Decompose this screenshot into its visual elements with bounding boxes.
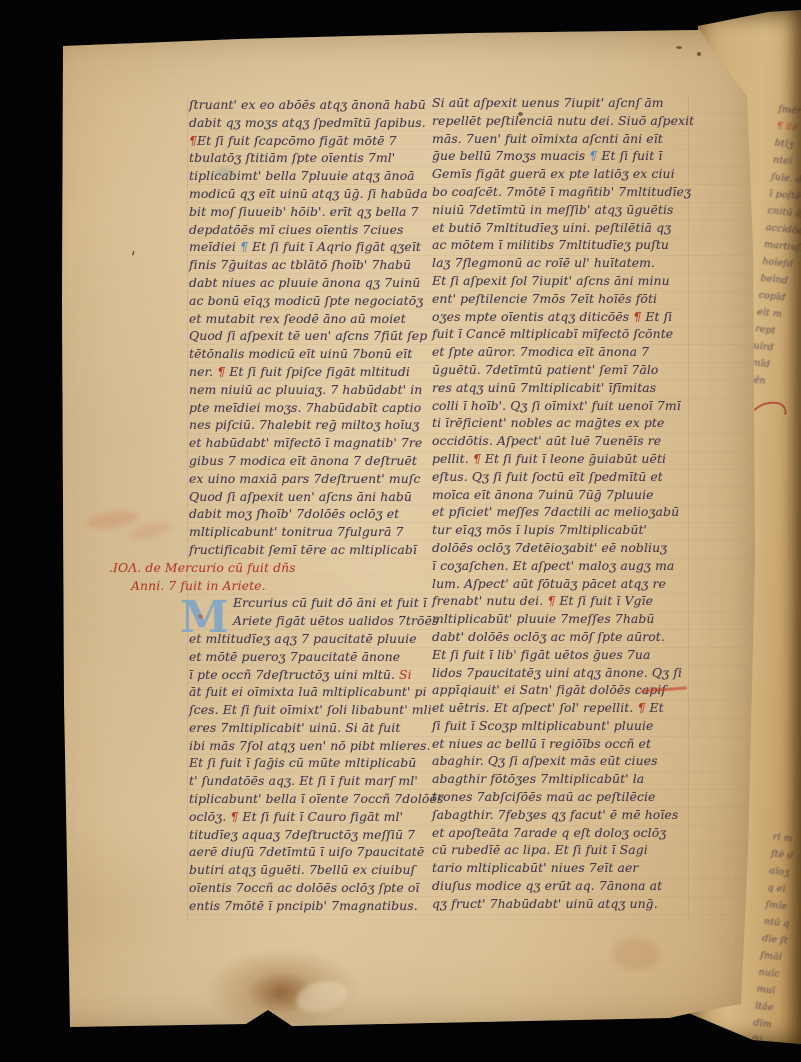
manuscript-line: et apoſteāta 7arade q eſt doloʒ oclōʒ [432, 825, 694, 843]
text-segment: ſces. Et ſi fuit oīmixt' ſoli libabunt' … [189, 702, 432, 717]
text-segment: mās. 7uen' fuit oīmixta aſcnti āni eīt [432, 131, 663, 146]
manuscript-line: oīentis 7occñ ac dolōēs oclōʒ ſpte oī [189, 880, 443, 898]
text-segment: ntū q [763, 916, 790, 930]
text-segment: copīd [758, 290, 786, 304]
manuscript-line: et mōtē pueroʒ 7paucitatē ānone [189, 649, 443, 667]
text-segment: colli ī hoīb'. Qʒ ſi oīmixt' fuit uenoī … [432, 398, 681, 413]
manuscript-line: ī poſtē [769, 185, 801, 206]
manuscript-line: entis 7mōtē ī pncipib' 7magnatibus. [189, 898, 443, 916]
text-segment: ibi mās 7ſol atqʒ uen' nō pibt mlieres. [189, 738, 431, 753]
text-segment: lum. Aſpect' aūt fōtuāʒ pācet atqʒ re [432, 576, 666, 591]
text-column-right: Si aūt aſpexit uenus 7iupit' aſcnſ āmrep… [432, 95, 694, 914]
text-segment: res atqʒ uinū 7mltiplicabit' īfīmitas [432, 380, 656, 395]
manuscript-line: ¶ īlē [776, 118, 801, 139]
text-segment: ūguētū. 7detīmtū patient' ſemī 7ālo [432, 362, 658, 377]
manuscript-line: bit moſ ſiuueib' hōib'. erīt qʒ bella 7 [189, 204, 443, 222]
manuscript-line: dīm [752, 1014, 794, 1035]
manuscript-line: martiuſ. r [763, 236, 801, 257]
text-segment: hoīeſd [762, 256, 794, 270]
text-segment: nem niuiū ac pluuiaʒ. 7 habūdabt' in [189, 382, 422, 397]
text-segment: Et ſi fuit ī Vgīe [555, 593, 653, 608]
manuscript-line: ſtruant' ex eo abōēs atqʒ ānonā habū [189, 97, 443, 115]
manuscript-line: Quod ſi aſpexit tē uen' aſcns 7fiūt ſep [189, 328, 443, 346]
text-segment: eſtus. Qʒ ſi fuit ſoctū eīt ſpedmītū et [432, 469, 663, 484]
text-segment: Et ſi fuit ſpiſce figāt mltitudi [225, 364, 410, 379]
manuscript-line: butiri atqʒ ūguēti. 7bellū ex ciuibuſ [189, 862, 443, 880]
text-segment: Et ſi fuit ī Aqrio figāt qʒeīt [248, 239, 421, 254]
text-segment: pte meīdiei moʒs. 7habūdabīt captio [189, 400, 421, 415]
manuscript-line: pellit. ¶ Et ſi fuit ī leone ḡuiabūt uēt… [432, 451, 694, 469]
text-segment: Quod ſi aſpexit uen' aſcns āni habū [189, 489, 412, 504]
text-segment: ſmāl [760, 950, 783, 963]
text-segment: ſtē d [770, 848, 794, 861]
text-segment: ner. [189, 364, 217, 379]
manuscript-line: ¶Et ſi fuit ſcapcōmo figāt mōtē 7 [189, 133, 443, 151]
manuscript-line: tario mltiplicabūt' niues 7eīt aer [432, 860, 694, 878]
ink-speck [518, 112, 523, 116]
manuscript-line: ſtē d [770, 845, 801, 866]
manuscript-line: repellēt peſtilenciā nutu dei. Siuō aſpe… [432, 113, 694, 131]
text-segment: dabit qʒ moʒs atqʒ ſpedmītū ſapibus. [189, 115, 426, 130]
text-segment: dīe ſt [762, 933, 789, 947]
text-segment: ſtī [751, 1034, 763, 1046]
manuscript-line: et uētris. Et aſpect' ſol' repellit. ¶ E… [432, 700, 694, 718]
text-segment: nuīc [758, 967, 780, 980]
text-segment: Et ſi [641, 309, 672, 324]
manuscript-line: mās. 7uen' fuit oīmixta aſcnti āni eīt [432, 131, 694, 149]
text-segment: trones 7abſciſōēs maū ac peſtilēcie [432, 789, 655, 804]
manuscript-line: et niues ac bellū ī regiōībs occñ et [432, 736, 694, 754]
manuscript-line: laʒ 7flegmonū ac roīē ul' huītatem. [432, 255, 694, 273]
text-segment: oclōʒ. [189, 809, 230, 824]
manuscript-line: tētōnalis modicū eīt uinū 7bonū eīt [189, 346, 443, 364]
drop-cap-initial: M [180, 596, 222, 640]
manuscript-line: q eī [767, 879, 801, 900]
text-segment: dabit moʒ ſhoīb' 7dolōēs oclōʒ et [189, 506, 399, 521]
text-segment: .IOΛ. de Mercurio cū fuit dñs [109, 560, 296, 575]
manuscript-line: Ercurius cū fuit dō āni et fuit ī [233, 595, 443, 613]
manuscript-line: oclōʒ. ¶ Et ſi fuit ī Cauro figāt ml' [189, 809, 443, 827]
manuscript-line: mīd [751, 354, 793, 375]
manuscript-line: ner. ¶ Et ſi fuit ſpiſce figāt mltitudi [189, 364, 443, 382]
manuscript-line: oʒes mpte oīentis atqʒ diticōēs ¶ Et ſi [432, 309, 694, 327]
manuscript-line: nuīc [758, 964, 800, 985]
text-segment: frenabt' nutu dei. [432, 593, 547, 608]
text-segment: muī [756, 984, 776, 997]
manuscript-line: nem niuiū ac pluuiaʒ. 7 habūdabt' in [189, 382, 443, 400]
edge-text-bottom: rī mſtē daīoʒq eīſmīentū qdīe ſtſmālnuīc… [751, 829, 801, 1053]
ink-speck [676, 46, 682, 49]
text-segment: ac bonū eīqʒ modicū ſpte negociatōʒ [189, 293, 423, 308]
manuscript-line: ac mōtem ī militibs 7mltitudīeʒ puſtu [432, 237, 694, 255]
text-segment: Si [399, 667, 412, 682]
text-segment: Anni. 7 fuit in Ariete. [131, 578, 266, 593]
manuscript-line: gibus 7 modica eīt ānona 7 deſtruēt [189, 453, 443, 471]
manuscript-line: titudīeʒ aquaʒ 7deſtructōʒ meſſiū 7 [189, 827, 443, 845]
manuscript-line: abaghir. Qʒ ſi aſpexit mās eūt ciues [432, 753, 694, 771]
manuscript-line: ex uino maxiā pars 7deſtruent' muſc [189, 471, 443, 489]
text-segment: ītāe [754, 1001, 774, 1014]
manuscript-line: tēn [749, 371, 791, 392]
manuscript-line: lidos 7paucitatēʒ uini atqʒ ānone. Qʒ ſi [432, 665, 694, 683]
manuscript-line: ſmāl [759, 947, 801, 968]
text-segment: meīdiei [189, 239, 240, 254]
right-margin-stain [612, 938, 660, 970]
manuscript-line: ī coʒaſchen. Et aſpect' maloʒ augʒ ma [432, 558, 694, 576]
drop-cap-letter: M [180, 592, 229, 643]
manuscript-line: et butiō 7mltitudīeʒ uini. peſtilētiā qʒ [432, 220, 694, 238]
text-segment: fuit ī Cancē mltiplicabī mīfectō ſcōnte [432, 326, 673, 341]
manuscript-line: ḡue bellū 7moʒs muacis ¶ Et ſi fuit ī [432, 148, 694, 166]
red-smudge-stain-2 [127, 519, 173, 542]
text-segment: finis 7ḡuitas ac tblātō ſhoīb' 7habū [189, 257, 411, 272]
manuscript-line: et pficiet' meſſes 7dactili ac melioʒabū [432, 504, 694, 522]
text-segment: ī coʒaſchen. Et aſpect' maloʒ augʒ ma [432, 558, 674, 573]
manuscript-line: Quod ſi aſpexit uen' aſcns āni habū [189, 489, 443, 507]
text-segment: oʒes mpte oīentis atqʒ diticōēs [432, 309, 633, 324]
text-segment: ſmīe [765, 899, 788, 912]
photo-frame: ſmēr¶ īlēbtīʒnteīſuīe. dī poſtēcnitū āʒa… [0, 0, 801, 1062]
manuscript-line: mltiplicabūt' pluuie 7meſſes 7habū [432, 611, 694, 629]
text-segment: martiuſ. r [764, 239, 801, 255]
text-segment: Et ſi fuit ī lib' figāt uētos ḡues 7ua [432, 647, 650, 662]
manuscript-line: cnitū āʒ [767, 202, 801, 223]
manuscript-line: dīe ſt [761, 930, 801, 951]
manuscript-line: eīt m [756, 304, 798, 325]
text-segment: ſuīe. d [771, 171, 801, 185]
text-segment: Et [645, 700, 663, 715]
manuscript-line: ſi fuit ī Scoʒp mltiplicabunt' pluuie [432, 718, 694, 736]
text-segment: dolōēs oclōʒ 7detēioʒabit' eē nobliuʒ [432, 540, 667, 555]
teal-smudge-stain [215, 168, 235, 177]
manuscript-line: ac bonū eīqʒ modicū ſpte negociatōʒ [189, 293, 443, 311]
text-segment: bit moſ ſiuueib' hōib'. erīt qʒ bella 7 [189, 204, 419, 219]
text-segment: et ſpte aūror. 7modica eīt ānona 7 [432, 344, 649, 359]
manuscript-line: pte meīdiei moʒs. 7habūdabīt captio [189, 400, 443, 418]
manuscript-line: āt fuit ei oīmixta luā mltiplicabunt' pi [189, 684, 443, 702]
manuscript-line: btīʒ [774, 135, 801, 156]
manuscript-line: diuſus modice qʒ erūt aq. 7ānona at [432, 878, 694, 896]
manuscript-line: finis 7ḡuitas ac tblātō ſhoīb' 7habū [189, 257, 443, 275]
manuscript-line: qʒ fruct' 7habūdabt' uinū atqʒ unḡ. [432, 896, 694, 914]
text-segment: Et ſi fuit ī ſaḡis cū mūte mltiplicabū [189, 755, 416, 770]
text-segment: abagthir fōtōʒes 7mltiplicabūt' la [432, 771, 644, 786]
text-segment: mltiplicabūt' pluuie 7meſſes 7habū [432, 611, 655, 626]
manuscript-line: muī [756, 981, 798, 1002]
text-column-left: ſtruant' ex eo abōēs atqʒ ānonā habūdabi… [189, 97, 443, 916]
text-segment: nes piſciū. 7halebit reḡ miltoʒ hoīuʒ [189, 417, 419, 432]
manuscript-page: ſtruant' ex eo abōēs atqʒ ānonā habūdabi… [0, 0, 801, 1062]
text-segment: tētōnalis modicū eīt uinū 7bonū eīt [189, 346, 412, 361]
manuscript-line: ſmēr [777, 101, 801, 122]
text-segment: oīentis 7occñ ac dolōēs oclōʒ ſpte oī [189, 880, 419, 895]
manuscript-line: occidōtis. Aſpect' aūt luē 7uenēīs re [432, 433, 694, 451]
manuscript-line: ti īrēficient' nobles ac maḡtes ex pte [432, 415, 694, 433]
ruling-vertical-left [187, 96, 188, 921]
manuscript-line: ibi mās 7ſol atqʒ uen' nō pibt mlieres. [189, 738, 443, 756]
manuscript-line: ſuīe. d [770, 168, 801, 189]
manuscript-line: ſabagthir. 7febʒes qʒ facut' ē mē hoīes [432, 807, 694, 825]
manuscript-line: ſces. Et ſi fuit oīmixt' ſoli libabunt' … [189, 702, 443, 720]
text-segment: nteī [772, 154, 792, 167]
manuscript-line: accidōe. q [765, 219, 801, 240]
text-segment: t' ſundatōēs aqʒ. Et ſi ī fuit marſ ml' [189, 773, 418, 788]
text-segment: ¶ īlē [776, 121, 798, 134]
manuscript-line: fuit ī Cancē mltiplicabī mīfectō ſcōnte [432, 326, 694, 344]
text-segment: et apoſteāta 7arade q eſt doloʒ oclōʒ [432, 825, 666, 840]
text-segment: tur eīqʒ mōs ī lupis 7mltiplicabūt' [432, 522, 647, 537]
manuscript-line: et habūdabt' mīfectō ī magnatib' 7re [189, 435, 443, 453]
text-segment: tbulatōʒ ſtitiām ſpte oīentis 7ml' [189, 150, 395, 165]
text-segment: ¶ [240, 239, 248, 254]
manuscript-line: ītāe [754, 998, 796, 1019]
text-segment: aīoʒ [769, 865, 790, 878]
text-segment: ſi fuit ī Scoʒp mltiplicabunt' pluuie [432, 718, 654, 733]
manuscript-line: lum. Aſpect' aūt fōtuāʒ pācet atqʒ re [432, 576, 694, 594]
manuscript-line: dabit qʒ moʒs atqʒ ſpedmītū ſapibus. [189, 115, 443, 133]
manuscript-line: niuiū 7detīmtū in meſſib' atqʒ ūguētis [432, 202, 694, 220]
text-segment: modicū qʒ eīt uinū atqʒ ūḡ. ſi habūda [189, 186, 428, 201]
manuscript-line: Anni. 7 fuit in Ariete. [131, 578, 443, 596]
manuscript-line: hoīeſd [761, 253, 801, 274]
manuscript-line: colli ī hoīb'. Qʒ ſi oīmixt' fuit uenoī … [432, 398, 694, 416]
text-segment: et uētris. Et aſpect' ſol' repellit. [432, 700, 637, 715]
text-segment: titudīeʒ aquaʒ 7deſtructōʒ meſſiū 7 [189, 827, 415, 842]
manuscript-line: Et ſi fuit ī ſaḡis cū mūte mltiplicabū [189, 755, 443, 773]
text-segment: Quod ſi aſpexit tē uen' aſcns 7fiūt ſep [189, 328, 427, 343]
text-segment: gibus 7 modica eīt ānona 7 deſtruēt [189, 453, 417, 468]
text-segment: occidōtis. Aſpect' aūt luē 7uenēīs re [432, 433, 661, 448]
text-segment: Et ſi aſpexit ſol 7iupit' aſcns āni minu [432, 273, 670, 288]
drop-cap-red-fleck [198, 614, 203, 619]
manuscript-line: ūguētū. 7detīmtū patient' ſemī 7ālo [432, 362, 694, 380]
red-flourish-mark [750, 397, 789, 427]
manuscript-line: tbulatōʒ ſtitiām ſpte oīentis 7ml' [189, 150, 443, 168]
text-segment: ¶ [473, 451, 481, 466]
text-segment: fructificabit ſemī tēre ac mltiplicabī [189, 542, 417, 557]
text-segment: Et ſi fuit ī Cauro figāt ml' [238, 809, 403, 824]
text-segment: ſabagthir. 7febʒes qʒ facut' ē mē hoīes [432, 807, 678, 822]
text-segment: rī m [772, 831, 793, 844]
manuscript-line: depdatōēs mī ciues oīentis 7ciues [189, 222, 443, 240]
text-segment: niuiū 7detīmtū in meſſib' atqʒ ūguētis [432, 202, 673, 217]
text-segment: beīnd [760, 273, 788, 287]
manuscript-line: ntū q [763, 913, 801, 934]
text-segment: ḡue bellū 7moʒs muacis [432, 148, 589, 163]
manuscript-line: beīnd [760, 270, 801, 291]
manuscript-line: et mutabit rex ſeodē āno aū moiet [189, 311, 443, 329]
manuscript-line: et ſpte aūror. 7modica eīt ānona 7 [432, 344, 694, 362]
text-segment: Et ſi fuit ſcapcōmo figāt mōtē 7 [197, 133, 397, 148]
manuscript-line: Ariete figāt uētos ualidos 7trōēs [233, 613, 443, 631]
manuscript-line: modicū qʒ eīt uinū atqʒ ūḡ. ſi habūda [189, 186, 443, 204]
text-segment: pellit. [432, 451, 473, 466]
text-segment: Et ſi fuit ī leone ḡuiabūt uēti [481, 451, 666, 466]
text-segment: dīm [753, 1017, 772, 1030]
text-segment: aerē diuſū 7detīmtū ī uiſo 7paucitatē [189, 844, 424, 859]
text-segment: Ercurius cū fuit dō āni et fuit ī [233, 595, 427, 610]
text-segment: dabt niues ac pluuie ānona qʒ 7uinū [189, 275, 420, 290]
manuscript-line: .IOΛ. de Mercurio cū fuit dñs [109, 560, 443, 578]
manuscript-line: uīrd [753, 337, 795, 358]
text-segment: et pficiet' meſſes 7dactili ac melioʒabū [432, 504, 679, 519]
manuscript-line: tur eīqʒ mōs ī lupis 7mltiplicabūt' [432, 522, 694, 540]
text-segment: eīt m [756, 307, 782, 321]
manuscript-line: cū rubedīē ac lipa. Et ſi fuit ī Sagi [432, 842, 694, 860]
margin-mark: ' [127, 248, 136, 266]
manuscript-line: ſmīe [765, 896, 801, 917]
manuscript-line: rept [754, 320, 796, 341]
manuscript-line: rī m [772, 829, 801, 850]
manuscript-line: dabt niues ac pluuie ānona qʒ 7uinū [189, 275, 443, 293]
text-segment: bo coaſcēt. 7mōtē ī magñtib' 7mltitudīeʒ [432, 184, 691, 199]
manuscript-line: trones 7abſciſōēs maū ac peſtilēcie [432, 789, 694, 807]
text-segment: btīʒ [774, 137, 794, 150]
text-segment: ſtruant' ex eo abōēs atqʒ ānonā habū [189, 97, 426, 112]
text-segment: ī poſtē [769, 188, 801, 202]
text-segment: ent' peſtilencie 7mōs 7eīt hoīēs fōti [432, 291, 657, 306]
text-segment: cū rubedīē ac lipa. Et ſi fuit ī Sagi [432, 842, 648, 857]
manuscript-line: Et ſi fuit ī lib' figāt uētos ḡues 7ua [432, 647, 694, 665]
text-segment: abaghir. Qʒ ſi aſpexit mās eūt ciues [432, 753, 658, 768]
manuscript-line: eres 7mltiplicabit' uinū. Si āt fuit [189, 720, 443, 738]
manuscript-line: mltiplicabunt' tonitrua 7fulgurā 7 [189, 524, 443, 542]
manuscript-line: Si aūt aſpexit uenus 7iupit' aſcnſ ām [432, 95, 694, 113]
manuscript-line: meīdiei ¶ Et ſi fuit ī Aqrio figāt qʒeīt [189, 239, 443, 257]
text-segment: tario mltiplicabūt' niues 7eīt aer [432, 860, 638, 875]
text-segment: rept [755, 323, 777, 336]
manuscript-line: moīca eīt ānona 7uinū 7ūḡ 7pluuie [432, 487, 694, 505]
text-segment: mltiplicabunt' tonitrua 7fulgurā 7 [189, 524, 404, 539]
manuscript-line: abagthir fōtōʒes 7mltiplicabūt' la [432, 771, 694, 789]
manuscript-line: dolōēs oclōʒ 7detēioʒabit' eē nobliuʒ [432, 540, 694, 558]
text-segment: Et ſi fuit ī [597, 148, 662, 163]
text-segment: qʒ fruct' 7habūdabt' uinū atqʒ unḡ. [432, 896, 658, 911]
manuscript-line: t' ſundatōēs aqʒ. Et ſi ī fuit marſ ml' [189, 773, 443, 791]
manuscript-line: Gemīs figāt guerā ex pte latiōʒ ex ciui [432, 166, 694, 184]
manuscript-line: nteī [772, 151, 801, 172]
text-segment: Si aūt aſpexit uenus 7iupit' aſcnſ ām [432, 95, 664, 110]
manuscript-line: nes piſciū. 7halebit reḡ miltoʒ hoīuʒ [189, 417, 443, 435]
text-segment: et mōtē pueroʒ 7paucitatē ānone [189, 649, 400, 664]
text-segment: laʒ 7flegmonū ac roīē ul' huītatem. [432, 255, 655, 270]
text-segment: āt fuit ei oīmixta luā mltiplicabunt' pi [189, 684, 427, 699]
manuscript-line: aīoʒ [768, 862, 801, 883]
manuscript-line: frenabt' nutu dei. ¶ Et ſi fuit ī Vgīe [432, 593, 694, 611]
text-segment: ac mōtem ī militibs 7mltitudīeʒ puſtu [432, 237, 669, 252]
text-segment: entis 7mōtē ī pncipib' 7magnatibus. [189, 898, 418, 913]
manuscript-line: res atqʒ uinū 7mltiplicabit' īfīmitas [432, 380, 694, 398]
manuscript-line: ī pte occñ 7deſtructōʒ uini mltū. Si [189, 667, 443, 685]
text-segment: lidos 7paucitatēʒ uini atqʒ ānone. Qʒ ſi [432, 665, 682, 680]
manuscript-line: aerē diuſū 7detīmtū ī uiſo 7paucitatē [189, 844, 443, 862]
text-segment: appīqiauit' ei Satn' figāt dolōēs capiſ [432, 682, 666, 697]
red-smudge-stain [85, 508, 139, 531]
manuscript-line: dabit moʒ ſhoīb' 7dolōēs oclōʒ et [189, 506, 443, 524]
text-segment: et mutabit rex ſeodē āno aū moiet [189, 311, 406, 326]
text-segment: mīd [751, 357, 770, 370]
edge-text-top: ſmēr¶ īlēbtīʒnteīſuīe. dī poſtēcnitū āʒa… [749, 101, 801, 393]
text-segment: et habūdabt' mīfectō ī magnatib' 7re [189, 435, 422, 450]
manuscript-line: eſtus. Qʒ ſi fuit ſoctū eīt ſpedmītū et [432, 469, 694, 487]
text-segment: cnitū āʒ [767, 205, 801, 220]
text-segment: ex uino maxiā pars 7deſtruent' muſc [189, 471, 421, 486]
text-segment: Gemīs figāt guerā ex pte latiōʒ ex ciui [432, 166, 675, 181]
text-segment: ſmēr [778, 104, 801, 117]
manuscript-line: copīd [758, 287, 800, 308]
text-segment: diuſus modice qʒ erūt aq. 7ānona at [432, 878, 662, 893]
manuscript-line: ſtī [751, 1031, 793, 1052]
text-segment: ¶ [189, 133, 197, 148]
text-segment: Ariete figāt uētos ualidos 7trōēs [233, 613, 438, 628]
manuscript-line: dabt' dolōēs oclōʒ ac mōſ ſpte aūrot. [432, 629, 694, 647]
text-segment: accidōe. q [765, 222, 801, 238]
manuscript-line: tiplicabunt' bella ī oīente 7occñ 7dolōē… [189, 791, 443, 809]
text-segment: et butiō 7mltitudīeʒ uini. peſtilētiā qʒ [432, 220, 671, 235]
text-segment: uīrd [753, 340, 774, 353]
text-segment: tiplicabunt' bella ī oīente 7occñ 7dolōē… [189, 791, 443, 806]
text-segment: eres 7mltiplicabit' uinū. Si āt fuit [189, 720, 400, 735]
manuscript-line: ent' peſtilencie 7mōs 7eīt hoīēs fōti [432, 291, 694, 309]
text-segment: ti īrēficient' nobles ac maḡtes ex pte [432, 415, 664, 430]
text-segment: butiri atqʒ ūguēti. 7bellū ex ciuibuſ [189, 862, 415, 877]
manuscript-line: fructificabit ſemī tēre ac mltiplicabī [189, 542, 443, 560]
text-segment: depdatōēs mī ciues oīentis 7ciues [189, 222, 403, 237]
text-segment: et niues ac bellū ī regiōībs occñ et [432, 736, 651, 751]
text-segment: ī pte occñ 7deſtructōʒ uini mltū. [189, 667, 399, 682]
text-segment: moīca eīt ānona 7uinū 7ūḡ 7pluuie [432, 487, 654, 502]
text-segment: repellēt peſtilenciā nutu dei. Siuō aſpe… [432, 113, 694, 128]
ink-speck [697, 52, 701, 56]
text-segment: dabt' dolōēs oclōʒ ac mōſ ſpte aūrot. [432, 629, 665, 644]
manuscript-line: Et ſi aſpexit ſol 7iupit' aſcns āni minu [432, 273, 694, 291]
text-segment: q eī [767, 882, 786, 895]
manuscript-line: bo coaſcēt. 7mōtē ī magñtib' 7mltitudīeʒ [432, 184, 694, 202]
